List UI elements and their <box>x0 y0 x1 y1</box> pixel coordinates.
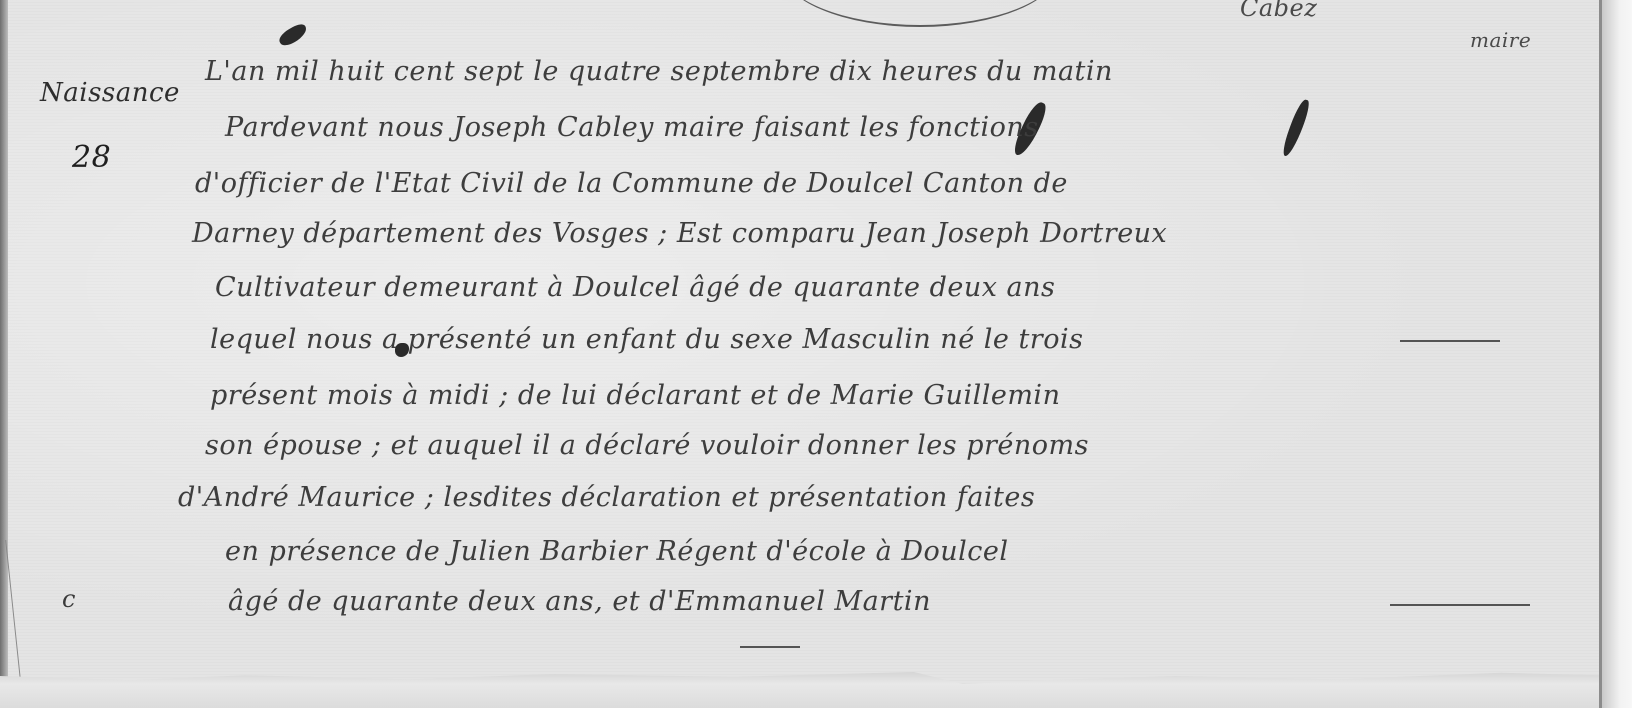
margin-entry-number: 28 <box>72 140 111 175</box>
record-line-3: d'officier de l'Etat Civil de la Commune… <box>195 168 1068 199</box>
record-line-2: Pardevant nous Joseph Cabley maire faisa… <box>225 112 1039 143</box>
margin-bottom-mark: c <box>62 585 76 613</box>
line-end-dash <box>1390 604 1530 606</box>
record-line-11: âgé de quarante deux ans, et d'Emmanuel … <box>228 586 931 617</box>
page-right-edge <box>1599 0 1632 708</box>
upper-right-annotation: Cabez <box>1240 0 1317 22</box>
page-left-edge <box>0 0 8 708</box>
previous-entry-flourish <box>780 0 1060 27</box>
record-line-1: L'an mil huit cent sept le quatre septem… <box>205 56 1113 87</box>
line-end-dash <box>1400 340 1500 342</box>
ink-blot-icon <box>1280 98 1312 158</box>
record-line-10: en présence de Julien Barbier Régent d'é… <box>225 536 1009 567</box>
record-line-5: Cultivateur demeurant à Doulcel âgé de q… <box>215 272 1055 303</box>
ink-blot-icon <box>277 21 310 48</box>
torn-bottom-edge <box>0 668 1632 708</box>
record-line-9: d'André Maurice ; lesdites déclaration e… <box>178 482 1035 513</box>
record-line-8: son épouse ; et auquel il a déclaré voul… <box>205 430 1089 461</box>
upper-right-annotation-maire: maire <box>1470 28 1531 52</box>
margin-title-naissance: Naissance <box>40 78 180 108</box>
record-line-7: présent mois à midi ; de lui déclarant e… <box>210 380 1060 411</box>
record-line-6: lequel nous a présenté un enfant du sexe… <box>210 324 1083 355</box>
document-page: Cabez maire Naissance 28 c L'an mil huit… <box>0 0 1632 708</box>
closing-flourish <box>740 646 800 648</box>
record-line-4: Darney département des Vosges ; Est comp… <box>192 218 1167 249</box>
